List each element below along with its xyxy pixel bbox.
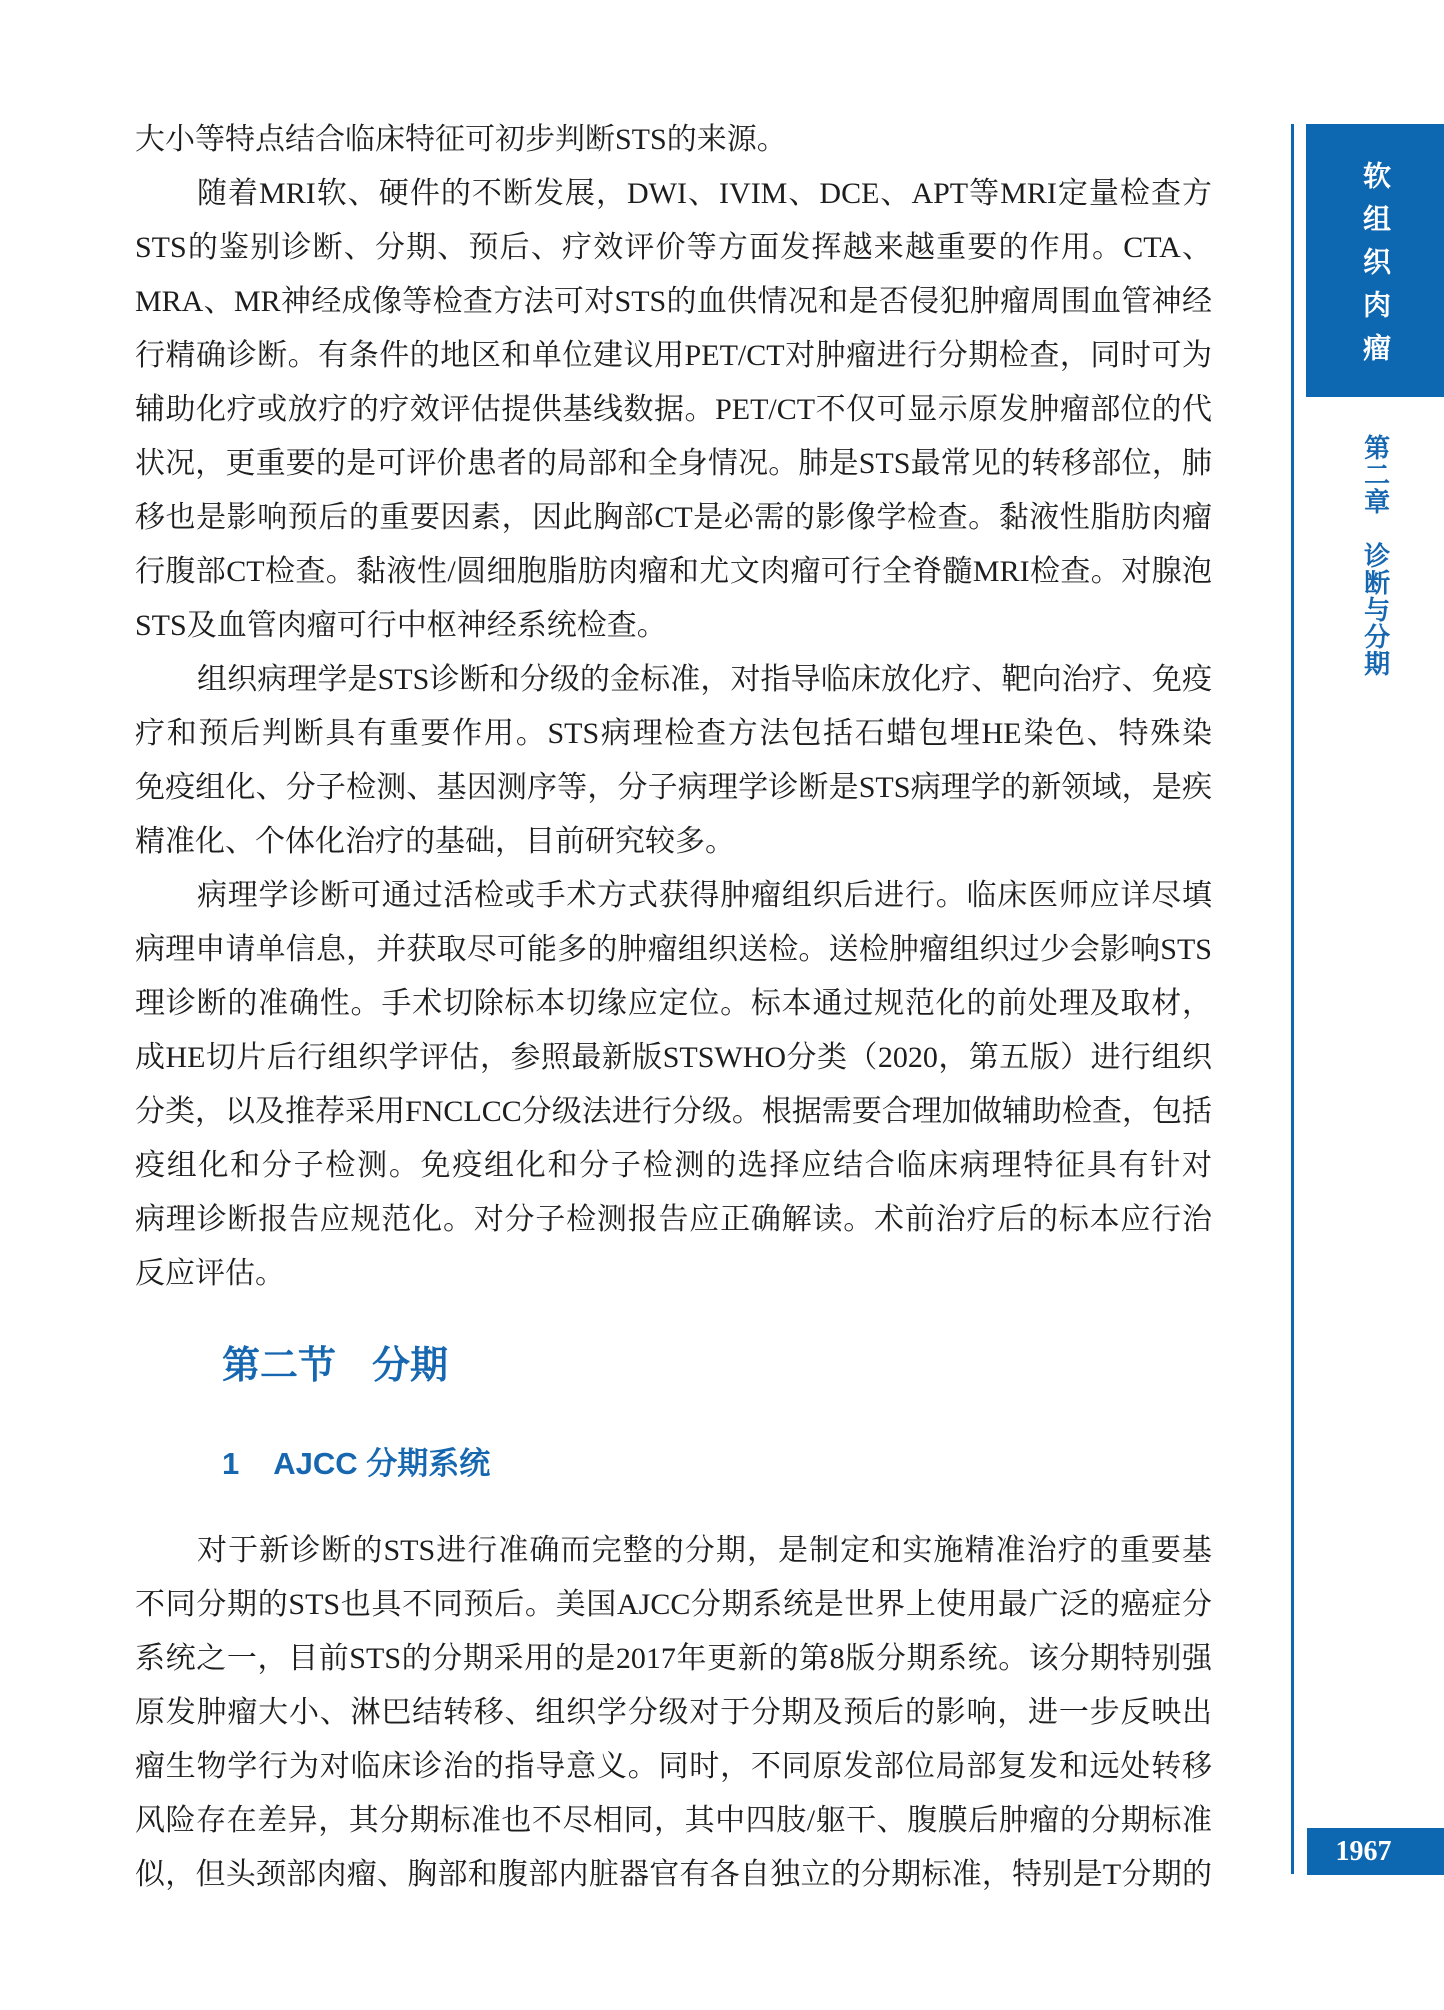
text-line: 风险存在差异，其分期标准也不尽相同，其中四肢/躯干、腹膜后肿瘤的分期标准相 — [135, 1794, 1212, 1848]
text-line: MRA、MR神经成像等检查方法可对STS的血供情况和是否侵犯肿瘤周围血管神经进 — [135, 275, 1212, 329]
text-line: 似，但头颈部肉瘤、胸部和腹部内脏器官有各自独立的分期标准，特别是T分期的标 — [135, 1848, 1212, 1902]
subsection-heading: 1AJCC 分期系统 — [222, 1440, 490, 1488]
page-number: 1967 — [1336, 1836, 1392, 1868]
text-line: 瘤生物学行为对临床诊治的指导意义。同时，不同原发部位局部复发和远处转移的 — [135, 1740, 1212, 1794]
section-heading: 第二节分期 — [222, 1339, 448, 1393]
text-line: 理诊断的准确性。手术切除标本切缘应定位。标本通过规范化的前处理及取材，制 — [135, 977, 1212, 1031]
text-line: 病理申请单信息，并获取尽可能多的肿瘤组织送检。送检肿瘤组织过少会影响STS病 — [135, 923, 1212, 977]
text-line: 对于新诊断的STS进行准确而完整的分期，是制定和实施精准治疗的重要基础， — [135, 1524, 1212, 1578]
subsection-number: 1 — [222, 1446, 239, 1481]
subsection-title: AJCC 分期系统 — [273, 1446, 490, 1481]
page-number-badge: 1967 — [1307, 1828, 1444, 1875]
sidebar-chapter-label: 第二章 诊断与分期 — [1361, 434, 1388, 677]
document-page: 大小等特点结合临床特征可初步判断STS的来源。随着MRI软、硬件的不断发展，DW… — [0, 0, 1444, 2010]
text-line: 疫组化和分子检测。免疫组化和分子检测的选择应结合临床病理特征具有针对性。 — [135, 1139, 1212, 1193]
body-paragraphs: 大小等特点结合临床特征可初步判断STS的来源。随着MRI软、硬件的不断发展，DW… — [135, 113, 1212, 1301]
section-paragraphs: 对于新诊断的STS进行准确而完整的分期，是制定和实施精准治疗的重要基础，不同分期… — [135, 1524, 1212, 1902]
text-line: 行腹部CT检查。黏液性/圆细胞脂肪肉瘤和尤文肉瘤可行全脊髓MRI检查。对腺泡状 — [135, 545, 1212, 599]
text-line: 反应评估。 — [135, 1247, 1212, 1301]
section-heading-number: 第二节 — [222, 1345, 336, 1387]
text-line: 行精确诊断。有条件的地区和单位建议用PET/CT对肿瘤进行分期检查，同时可为新 — [135, 329, 1212, 383]
text-line: 病理诊断报告应规范化。对分子检测报告应正确解读。术前治疗后的标本应行治疗 — [135, 1193, 1212, 1247]
text-line: 组织病理学是STS诊断和分级的金标准，对指导临床放化疗、靶向治疗、免疫治 — [135, 653, 1212, 707]
text-line: 免疫组化、分子检测、基因测序等，分子病理学诊断是STS病理学的新领域，是疾病 — [135, 761, 1212, 815]
text-line: 病理学诊断可通过活检或手术方式获得肿瘤组织后进行。临床医师应详尽填写 — [135, 869, 1212, 923]
sidebar-chapter-label-wrap: 第二章 诊断与分期 — [1306, 434, 1444, 734]
sidebar-tab-title: 软组织肉瘤 — [1355, 146, 1395, 376]
section-heading-title: 分期 — [372, 1345, 448, 1387]
sidebar-vertical-rule — [1291, 124, 1294, 1874]
text-line: 成HE切片后行组织学评估，参照最新版STSWHO分类（2020，第五版）进行组织… — [135, 1031, 1212, 1085]
text-line: STS及血管肉瘤可行中枢神经系统检查。 — [135, 599, 1212, 653]
text-line: 随着MRI软、硬件的不断发展，DWI、IVIM、DCE、APT等MRI定量检查方… — [135, 167, 1212, 221]
text-line: 不同分期的STS也具不同预后。美国AJCC分期系统是世界上使用最广泛的癌症分期 — [135, 1578, 1212, 1632]
text-line: 分类，以及推荐采用FNCLCC分级法进行分级。根据需要合理加做辅助检查，包括免 — [135, 1085, 1212, 1139]
sidebar-chapter-tab: 软组织肉瘤 — [1306, 124, 1444, 397]
text-line: 移也是影响预后的重要因素，因此胸部CT是必需的影像学检查。黏液性脂肪肉瘤需 — [135, 491, 1212, 545]
text-line: 辅助化疗或放疗的疗效评估提供基线数据。PET/CT不仅可显示原发肿瘤部位的代谢 — [135, 383, 1212, 437]
text-line: 系统之一，目前STS的分期采用的是2017年更新的第8版分期系统。该分期特别强调 — [135, 1632, 1212, 1686]
text-line: 精准化、个体化治疗的基础，目前研究较多。 — [135, 815, 1212, 869]
text-line: 状况，更重要的是可评价患者的局部和全身情况。肺是STS最常见的转移部位，肺转 — [135, 437, 1212, 491]
text-line: 原发肿瘤大小、淋巴结转移、组织学分级对于分期及预后的影响，进一步反映出肿 — [135, 1686, 1212, 1740]
text-line: 大小等特点结合临床特征可初步判断STS的来源。 — [135, 113, 1212, 167]
text-line: STS的鉴别诊断、分期、预后、疗效评价等方面发挥越来越重要的作用。CTA、 — [135, 221, 1212, 275]
text-line: 疗和预后判断具有重要作用。STS病理检查方法包括石蜡包埋HE染色、特殊染色、 — [135, 707, 1212, 761]
